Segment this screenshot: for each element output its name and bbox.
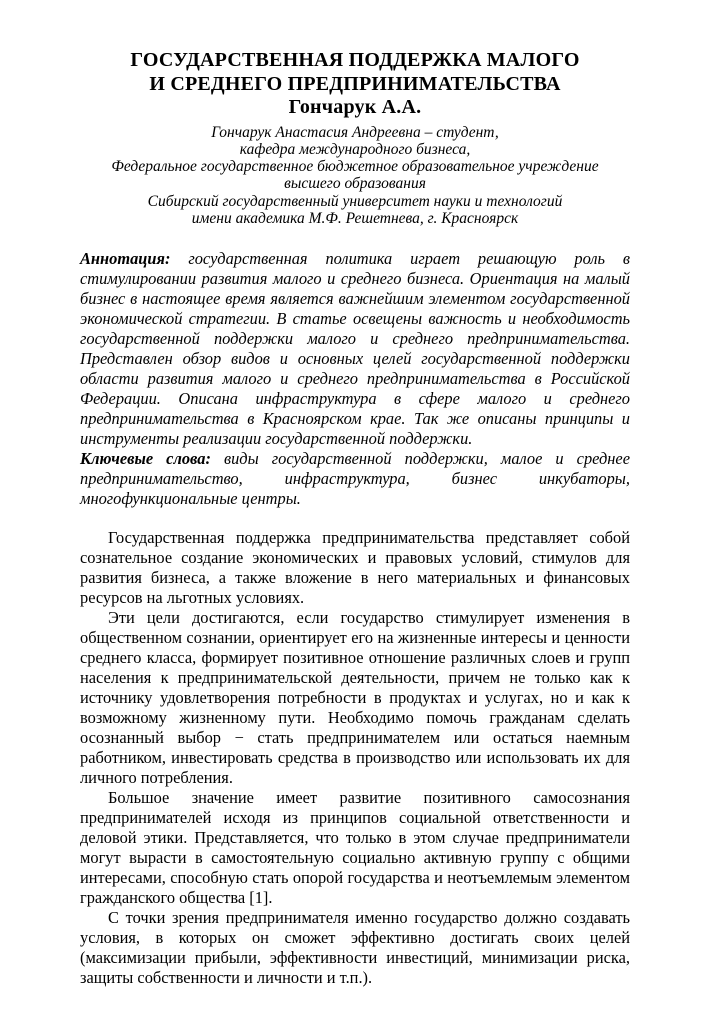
affiliation-line-5: Сибирский государственный университет на… bbox=[80, 193, 630, 210]
abstract-text: государственная политика играет решающую… bbox=[80, 249, 630, 448]
article-title-line-2: И СРЕДНЕГО ПРЕДПРИНИМАТЕЛЬСТВА bbox=[80, 73, 630, 97]
affiliation-line-2: кафедра международного бизнеса, bbox=[80, 141, 630, 158]
abstract-label: Аннотация: bbox=[80, 249, 170, 268]
body-paragraph-4: С точки зрения предпринимателя именно го… bbox=[80, 908, 630, 988]
keywords-paragraph: Ключевые слова: виды государственной под… bbox=[80, 449, 630, 509]
affiliation-line-6: имени академика М.Ф. Решетнева, г. Красн… bbox=[80, 210, 630, 227]
abstract-paragraph: Аннотация: государственная политика игра… bbox=[80, 249, 630, 449]
article-body: Государственная поддержка предпринимател… bbox=[80, 528, 630, 988]
author-name: Гончарук А.А. bbox=[80, 96, 630, 120]
affiliation-line-4: высшего образования bbox=[80, 175, 630, 192]
article-title: ГОСУДАРСТВЕННАЯ ПОДДЕРЖКА МАЛОГО И СРЕДН… bbox=[80, 49, 630, 120]
body-paragraph-1: Государственная поддержка предпринимател… bbox=[80, 528, 630, 608]
keywords-label: Ключевые слова: bbox=[80, 449, 211, 468]
affiliation-line-1: Гончарук Анастасия Андреевна – студент, bbox=[80, 124, 630, 141]
affiliation-line-3: Федеральное государственное бюджетное об… bbox=[80, 158, 630, 175]
article-title-line-1: ГОСУДАРСТВЕННАЯ ПОДДЕРЖКА МАЛОГО bbox=[80, 49, 630, 73]
body-paragraph-2: Эти цели достигаются, если государство с… bbox=[80, 608, 630, 788]
body-paragraph-3: Большое значение имеет развитие позитивн… bbox=[80, 788, 630, 908]
document-page: ГОСУДАРСТВЕННАЯ ПОДДЕРЖКА МАЛОГО И СРЕДН… bbox=[0, 0, 709, 1013]
affiliation-block: Гончарук Анастасия Андреевна – студент, … bbox=[80, 124, 630, 228]
